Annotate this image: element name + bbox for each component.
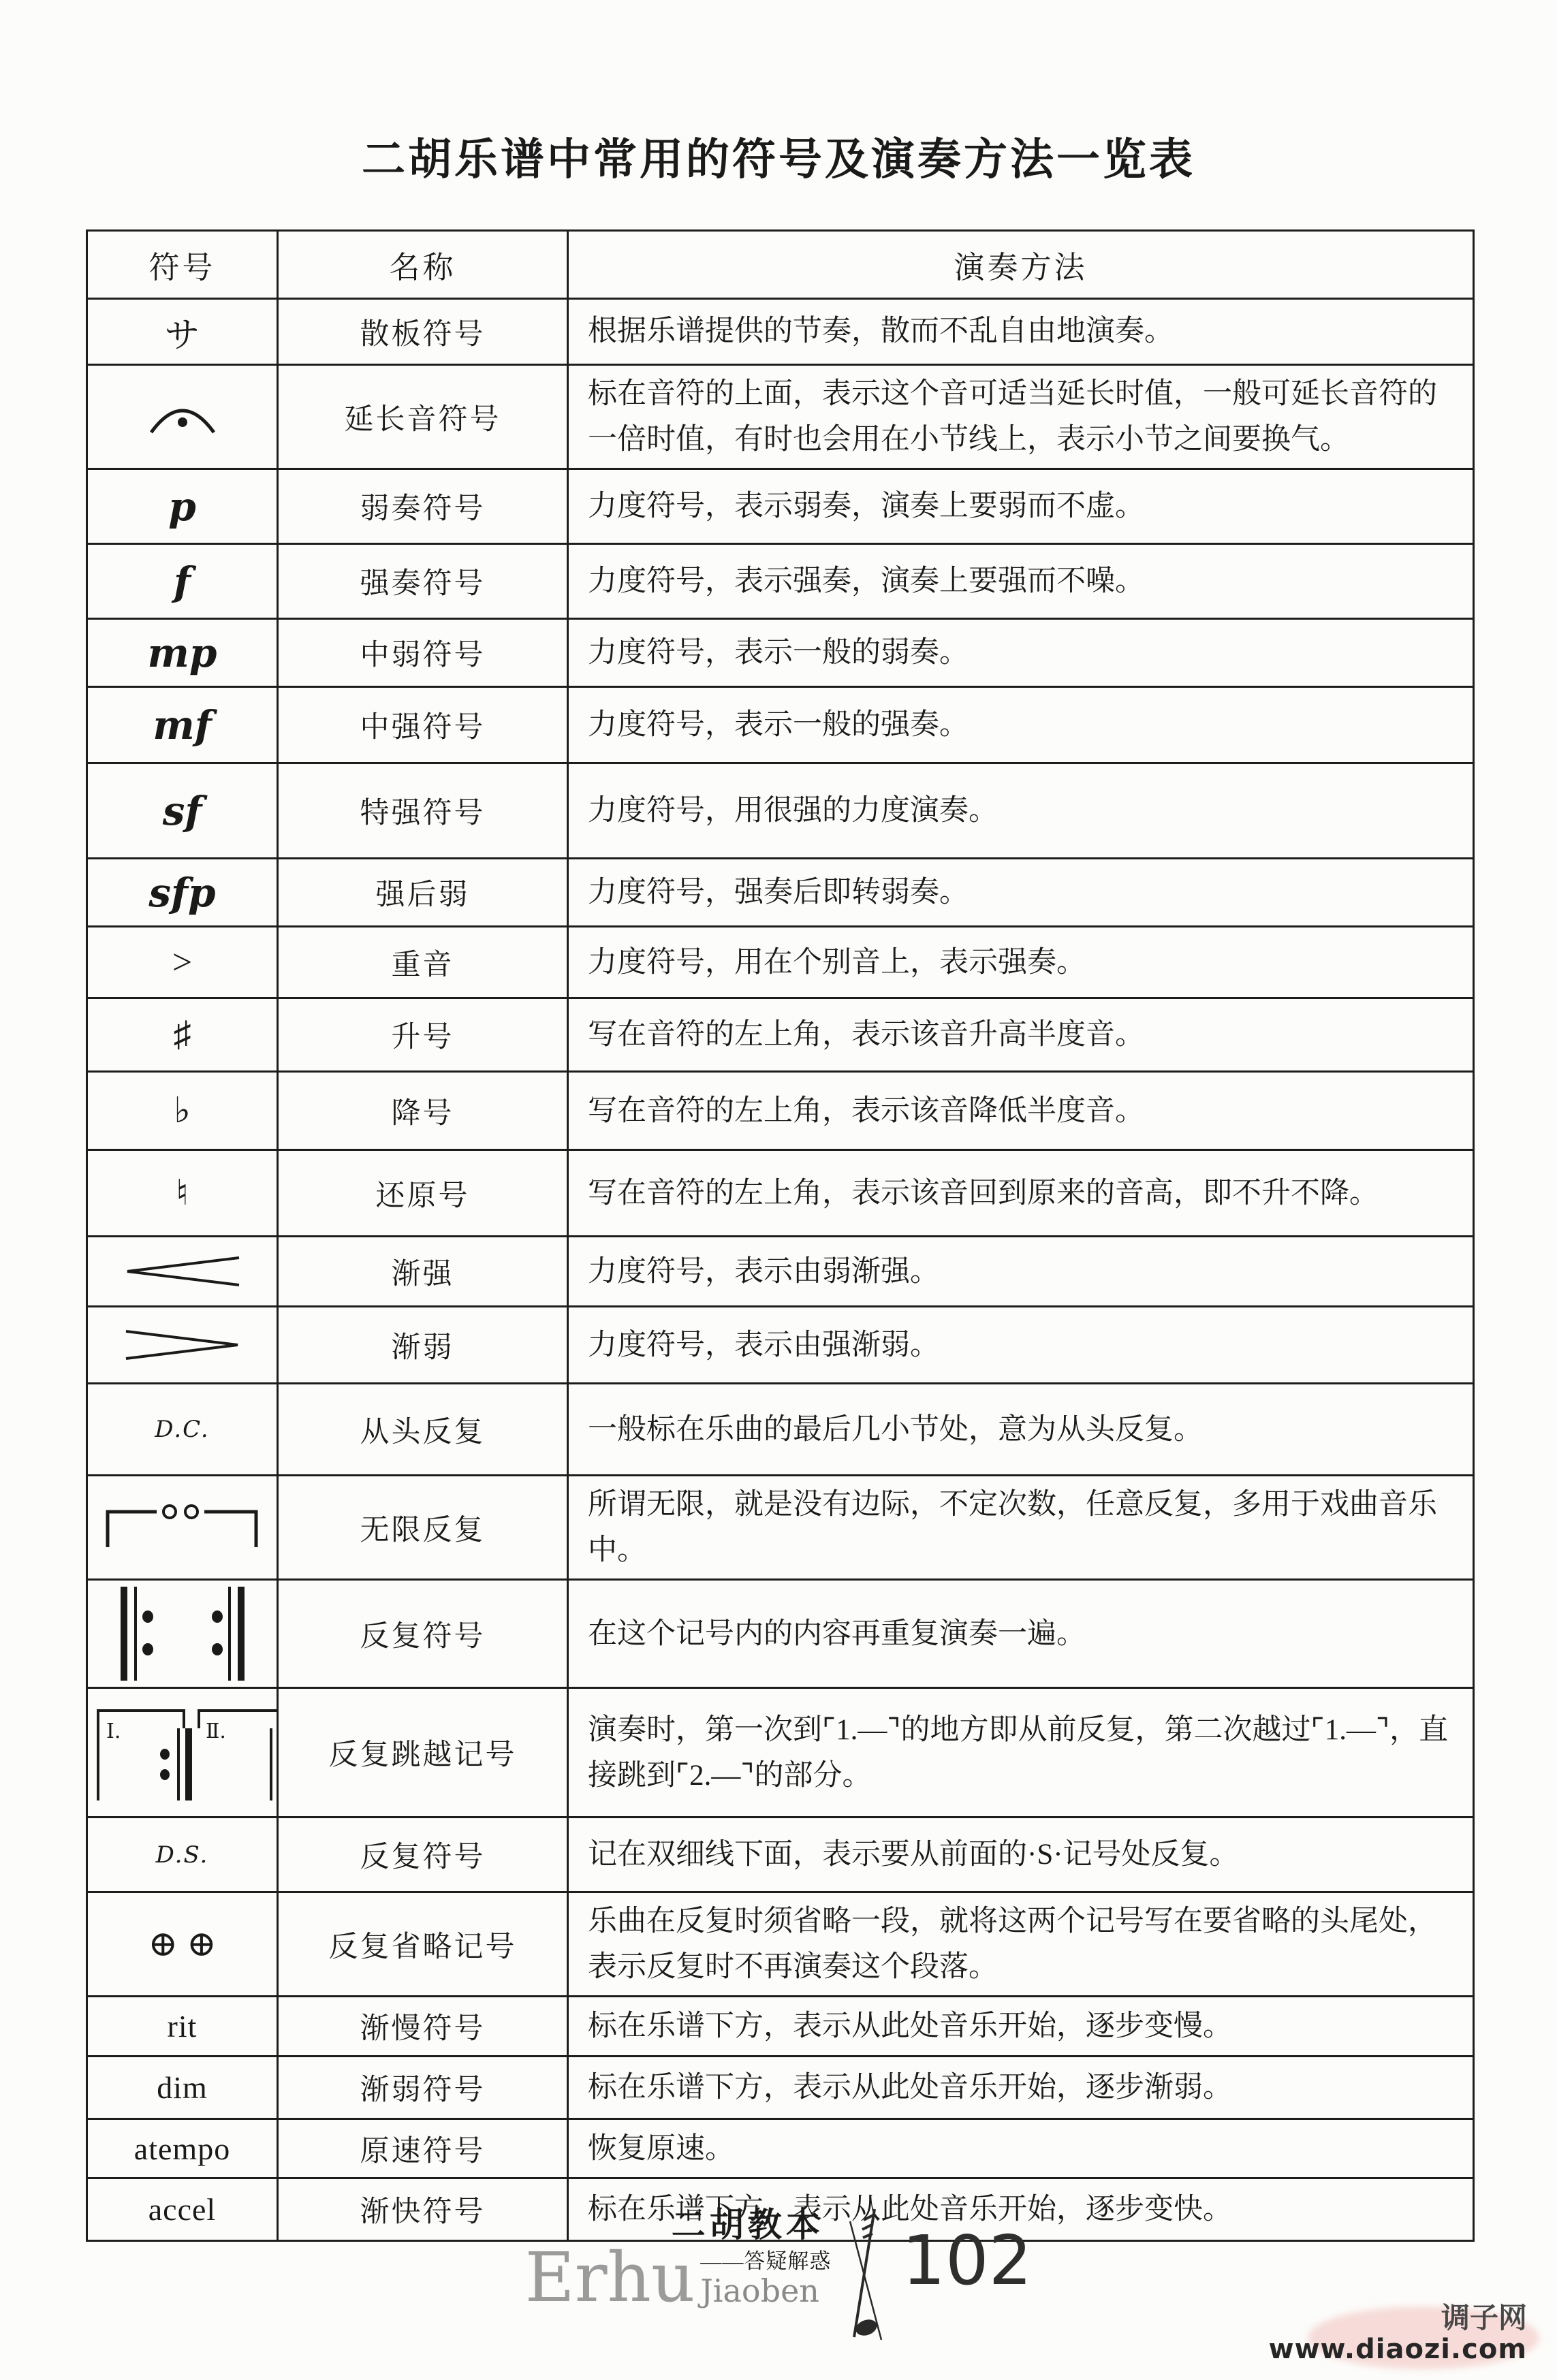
symbol-name-cell: 延长音符号 xyxy=(278,365,568,469)
symbol-name-cell: 降号 xyxy=(278,1072,568,1150)
symbols-table: 符号 名称 演奏方法 サ散板符号根据乐谱提供的节奏，散而不乱自由地演奏。 延长音… xyxy=(86,229,1475,2242)
symbol-glyph: ⊕ ⊕ xyxy=(148,1925,216,1964)
description-cell: 根据乐谱提供的节奏，散而不乱自由地演奏。 xyxy=(568,299,1474,365)
book-subtitle-cn: ——答疑解惑 xyxy=(700,2244,831,2274)
symbol-glyph: ♮ xyxy=(176,1174,189,1213)
description-cell: 恢复原速。 xyxy=(568,2119,1474,2178)
symbol-name-cell: 中强符号 xyxy=(278,687,568,763)
symbol-cell: D.C. xyxy=(87,1384,278,1476)
symbol-cell: ♮ xyxy=(87,1150,278,1237)
symbol-cell xyxy=(87,1580,278,1688)
table-row: sf特强符号力度符号，用很强的力度演奏。 xyxy=(87,763,1474,859)
symbol-name-cell: 特强符号 xyxy=(278,763,568,859)
symbol-cell xyxy=(87,1307,278,1384)
symbol-cell: サ xyxy=(87,299,278,365)
table-row: mf中强符号力度符号，表示一般的强奏。 xyxy=(87,687,1474,763)
table-row: 无限反复所谓无限，就是没有边际，不定次数，任意反复，多用于戏曲音乐中。 xyxy=(87,1476,1474,1580)
symbol-cell: > xyxy=(87,927,278,998)
table-row: f强奏符号力度符号，表示强奏，演奏上要强而不噪。 xyxy=(87,544,1474,619)
symbol-glyph: sfp xyxy=(148,870,215,916)
symbol-glyph: rit xyxy=(168,2009,198,2044)
symbol-cell: mf xyxy=(87,687,278,763)
symbol-cell: rit xyxy=(87,1997,278,2057)
description-cell: 记在双细线下面，表示要从前面的·S·记号处反复。 xyxy=(568,1818,1474,1892)
description-cell: 力度符号，表示一般的强奏。 xyxy=(568,687,1474,763)
symbol-name-cell: 重音 xyxy=(278,927,568,998)
table-row: Ⅰ. Ⅱ. 反复跳越记号演奏时，第一次到⌜1.—⌝的地方即从前反复，第二次越过⌜… xyxy=(87,1688,1474,1818)
description-cell: 写在音符的左上角，表示该音升高半度音。 xyxy=(568,998,1474,1072)
table-row: サ散板符号根据乐谱提供的节奏，散而不乱自由地演奏。 xyxy=(87,299,1474,365)
book-title-en: Erhu xyxy=(525,2245,695,2310)
page-number: 102 xyxy=(902,2206,1032,2315)
symbol-glyph: dim xyxy=(157,2070,208,2105)
volta-label-2: Ⅱ. xyxy=(206,1719,226,1743)
symbol-name-cell: 反复符号 xyxy=(278,1580,568,1688)
symbol-name-cell: 反复省略记号 xyxy=(278,1892,568,1997)
symbol-glyph: ♯ xyxy=(174,1015,191,1054)
symbol-name-cell: 反复跳越记号 xyxy=(278,1688,568,1818)
book-subtitle-en: Jiaoben xyxy=(700,2274,831,2307)
description-cell: 写在音符的左上角，表示该音降低半度音。 xyxy=(568,1072,1474,1150)
symbol-name-cell: 渐弱符号 xyxy=(278,2057,568,2119)
symbol-cell: ⊕ ⊕ xyxy=(87,1892,278,1997)
symbol-name-cell: 原速符号 xyxy=(278,2119,568,2178)
symbol-name-cell: 从头反复 xyxy=(278,1384,568,1476)
decrescendo-icon xyxy=(122,1327,243,1363)
description-cell: 力度符号，表示由强渐弱。 xyxy=(568,1307,1474,1384)
symbol-cell xyxy=(87,365,278,469)
symbol-cell: Ⅰ. Ⅱ. xyxy=(87,1688,278,1818)
watermark-site-name: 调子网 xyxy=(1269,2302,1527,2334)
description-cell: 一般标在乐曲的最后几小节处，意为从头反复。 xyxy=(568,1384,1474,1476)
erhu-instrument-icon xyxy=(839,2206,894,2343)
table-row: 反复符号在这个记号内的内容再重复演奏一遍。 xyxy=(87,1580,1474,1688)
book-title-cn: 二胡教本 xyxy=(672,2206,832,2244)
table-row: ♭降号写在音符的左上角，表示该音降低半度音。 xyxy=(87,1072,1474,1150)
symbol-cell xyxy=(87,1237,278,1307)
description-cell: 在这个记号内的内容再重复演奏一遍。 xyxy=(568,1580,1474,1688)
symbol-cell: ♯ xyxy=(87,998,278,1072)
table-row: dim渐弱符号标在乐谱下方，表示从此处音乐开始，逐步渐弱。 xyxy=(87,2057,1474,2119)
page-title: 二胡乐谱中常用的符号及演奏方法一览表 xyxy=(0,125,1557,187)
table-row: D.C.从头反复一般标在乐曲的最后几小节处，意为从头反复。 xyxy=(87,1384,1474,1476)
table-row: p弱奏符号力度符号，表示弱奏，演奏上要弱而不虚。 xyxy=(87,469,1474,544)
symbol-name-cell: 无限反复 xyxy=(278,1476,568,1580)
watermark-site-url: www.diaozi.com xyxy=(1269,2334,1527,2365)
symbol-cell: dim xyxy=(87,2057,278,2119)
description-cell: 乐曲在反复时须省略一段，就将这两个记号写在要省略的头尾处，表示反复时不再演奏这个… xyxy=(568,1892,1474,1997)
table-row: 渐强力度符号，表示由弱渐强。 xyxy=(87,1237,1474,1307)
description-cell: 标在乐谱下方，表示从此处音乐开始，逐步变慢。 xyxy=(568,1997,1474,2057)
table-row: ♯升号写在音符的左上角，表示该音升高半度音。 xyxy=(87,998,1474,1072)
symbol-name-cell: 中弱符号 xyxy=(278,619,568,687)
infinite-repeat-icon xyxy=(101,1502,264,1553)
col-header-name: 名称 xyxy=(278,231,568,299)
description-cell: 力度符号，表示由弱渐强。 xyxy=(568,1237,1474,1307)
table-row: 渐弱力度符号，表示由强渐弱。 xyxy=(87,1307,1474,1384)
symbol-name-cell: 渐强 xyxy=(278,1237,568,1307)
symbol-cell: D.S. xyxy=(87,1818,278,1892)
col-header-symbol: 符号 xyxy=(87,231,278,299)
description-cell: 力度符号，表示强奏，演奏上要强而不噪。 xyxy=(568,544,1474,619)
description-cell: 力度符号，表示弱奏，演奏上要弱而不虚。 xyxy=(568,469,1474,544)
description-cell: 标在音符的上面，表示这个音可适当延长时值，一般可延长音符的一倍时值，有时也会用在… xyxy=(568,365,1474,469)
description-cell: 力度符号，表示一般的弱奏。 xyxy=(568,619,1474,687)
crescendo-icon xyxy=(122,1254,243,1289)
table-row: atempo原速符号恢复原速。 xyxy=(87,2119,1474,2178)
symbol-name-cell: 渐弱 xyxy=(278,1307,568,1384)
symbol-name-cell: 反复符号 xyxy=(278,1818,568,1892)
symbol-glyph: p xyxy=(168,483,196,530)
symbol-cell xyxy=(87,1476,278,1580)
symbol-cell: sfp xyxy=(87,859,278,927)
symbol-cell: ♭ xyxy=(87,1072,278,1150)
description-cell: 力度符号，用在个别音上，表示强奏。 xyxy=(568,927,1474,998)
table-row: sfp强后弱力度符号，强奏后即转弱奏。 xyxy=(87,859,1474,927)
symbol-cell: sf xyxy=(87,763,278,859)
description-cell: 所谓无限，就是没有边际，不定次数，任意反复，多用于戏曲音乐中。 xyxy=(568,1476,1474,1580)
symbol-name-cell: 升号 xyxy=(278,998,568,1072)
symbol-glyph: > xyxy=(172,943,192,982)
symbol-name-cell: 还原号 xyxy=(278,1150,568,1237)
table-header-row: 符号 名称 演奏方法 xyxy=(87,231,1474,299)
description-cell: 力度符号，用很强的力度演奏。 xyxy=(568,763,1474,859)
symbol-name-cell: 渐慢符号 xyxy=(278,1997,568,2057)
col-header-method: 演奏方法 xyxy=(568,231,1474,299)
symbol-name-cell: 散板符号 xyxy=(278,299,568,365)
symbol-glyph: D.S. xyxy=(156,1841,209,1869)
book-logo-block: 二胡教本 Erhu ——答疑解惑 Jiaoben xyxy=(525,2206,832,2310)
table-row: 延长音符号标在音符的上面，表示这个音可适当延长时值，一般可延长音符的一倍时值，有… xyxy=(87,365,1474,469)
description-cell: 力度符号，强奏后即转弱奏。 xyxy=(568,859,1474,927)
symbol-glyph: f xyxy=(174,558,191,605)
fermata-icon xyxy=(144,392,221,442)
table-row: >重音力度符号，用在个别音上，表示强奏。 xyxy=(87,927,1474,998)
symbol-glyph: mf xyxy=(153,702,211,748)
table-row: ♮还原号写在音符的左上角，表示该音回到原来的音高，即不升不降。 xyxy=(87,1150,1474,1237)
table-row: mp中弱符号力度符号，表示一般的弱奏。 xyxy=(87,619,1474,687)
symbol-glyph: D.C. xyxy=(155,1416,209,1443)
site-watermark: 调子网 www.diaozi.com xyxy=(1269,2302,1527,2365)
symbol-cell: p xyxy=(87,469,278,544)
symbol-glyph: sf xyxy=(163,788,202,834)
description-cell: 标在乐谱下方，表示从此处音乐开始，逐步渐弱。 xyxy=(568,2057,1474,2119)
symbol-cell: f xyxy=(87,544,278,619)
symbol-glyph: サ xyxy=(164,317,200,355)
repeat-sign-icon xyxy=(110,1581,255,1686)
symbol-name-cell: 强奏符号 xyxy=(278,544,568,619)
symbol-cell: atempo xyxy=(87,2119,278,2178)
table-row: D.S.反复符号记在双细线下面，表示要从前面的·S·记号处反复。 xyxy=(87,1818,1474,1892)
symbol-glyph: atempo xyxy=(134,2131,230,2166)
symbol-glyph: mp xyxy=(148,630,217,676)
symbol-name-cell: 弱奏符号 xyxy=(278,469,568,544)
scanned-book-page: { "page_title": "二胡乐谱中常用的符号及演奏方法一览表", "t… xyxy=(0,0,1557,2380)
table-row: ⊕ ⊕反复省略记号乐曲在反复时须省略一段，就将这两个记号写在要省略的头尾处，表示… xyxy=(87,1892,1474,1997)
volta-brackets-icon: Ⅰ. Ⅱ. xyxy=(89,1698,278,1807)
volta-label-1: Ⅰ. xyxy=(106,1719,121,1743)
symbol-glyph: ♭ xyxy=(174,1092,191,1130)
symbol-cell: mp xyxy=(87,619,278,687)
description-cell: 演奏时，第一次到⌜1.—⌝的地方即从前反复，第二次越过⌜1.—⌝，直接跳到⌜2.… xyxy=(568,1688,1474,1818)
table-row: rit渐慢符号标在乐谱下方，表示从此处音乐开始，逐步变慢。 xyxy=(87,1997,1474,2057)
symbol-name-cell: 强后弱 xyxy=(278,859,568,927)
description-cell: 写在音符的左上角，表示该音回到原来的音高，即不升不降。 xyxy=(568,1150,1474,1237)
